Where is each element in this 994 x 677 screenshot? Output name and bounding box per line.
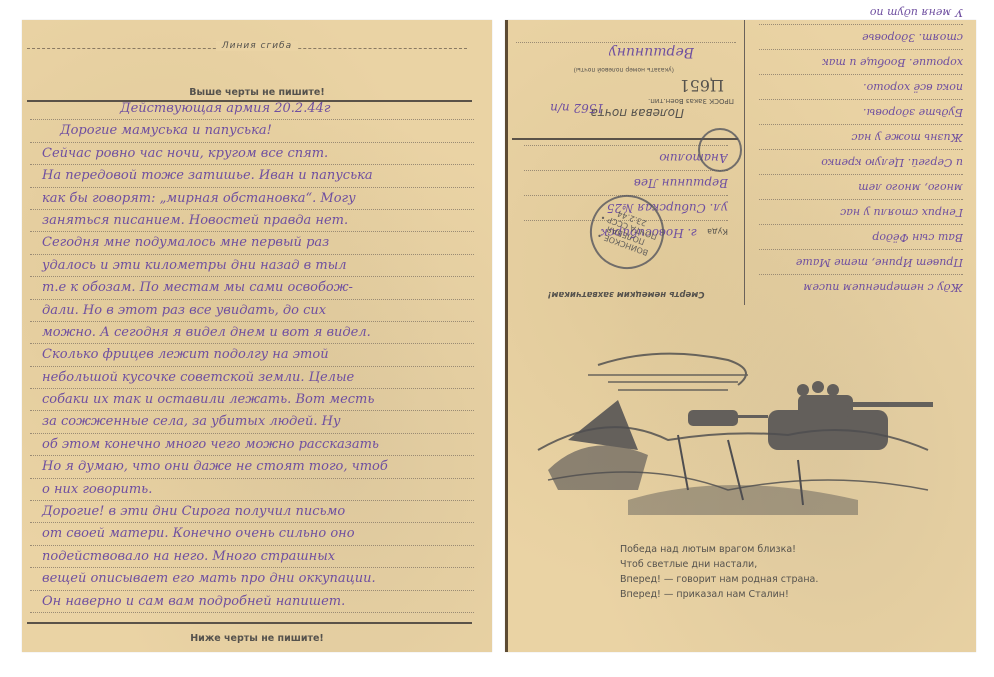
order-number: Ц651 bbox=[680, 76, 725, 95]
message-line: хорошие. Вообще и так bbox=[759, 49, 963, 74]
message-panel: Жду с нетерпением писемПривет Ирине, тет… bbox=[744, 20, 977, 305]
handwritten-line: можно. А сегодня я видел днем и вот я ви… bbox=[30, 322, 474, 344]
handwritten-line: Дорогие мамуська и папуська! bbox=[30, 120, 474, 142]
message-line: Будьте здоровы. bbox=[759, 99, 963, 124]
message-line: много, много лет bbox=[759, 174, 963, 199]
handwritten-line: от своей матери. Конечно очень сильно он… bbox=[30, 523, 474, 545]
tank-battle-illustration bbox=[528, 340, 948, 520]
handwritten-line: о них говорить. bbox=[30, 479, 474, 501]
handwritten-line: собаки их так и оставили лежать. Вот мес… bbox=[30, 389, 474, 411]
handwritten-line: Но я думаю, что они даже не стоят того, … bbox=[30, 456, 474, 478]
handwritten-line: заняться писанием. Новостей правда нет. bbox=[30, 210, 474, 232]
recipient-line: Вершинин Лев bbox=[524, 170, 728, 195]
handwritten-line: об этом конечно много чего можно рассказ… bbox=[30, 434, 474, 456]
recipient-line: Вершинину bbox=[609, 44, 694, 60]
message-line: пока всё хорошо. bbox=[759, 74, 963, 99]
message-line: Жду с нетерпением писем bbox=[759, 274, 963, 299]
propaganda-poem: Победа над лютым врагом близка! Чтоб све… bbox=[620, 542, 818, 602]
handwritten-line: Он наверно и сам вам подробней напишет. bbox=[30, 591, 474, 613]
handwritten-line: Сейчас ровно час ночи, кругом все спят. bbox=[30, 143, 474, 165]
handwritten-line: как бы говорят: „мирная обстановка“. Мог… bbox=[30, 188, 474, 210]
handwritten-line: подействовало на него. Много страшных bbox=[30, 546, 474, 568]
fold-label: Линия сгиба bbox=[216, 41, 298, 51]
printer-mark: ПРОСК Заказ Воен.тип. bbox=[648, 97, 734, 105]
bottom-warning: Ниже черты не пишите! bbox=[22, 633, 492, 644]
letter-page-left: Линия сгиба Выше черты не пишите! Действ… bbox=[22, 20, 492, 652]
handwritten-letter: Действующая армия 20.2.44гДорогие мамусь… bbox=[30, 98, 474, 613]
field-post-header: Полевая почта bbox=[591, 106, 685, 120]
letter-page-right: Смерть немецким захватчикам! Куда г. Нов… bbox=[505, 20, 976, 652]
round-stamp bbox=[698, 128, 742, 172]
message-line: У меня идут по bbox=[759, 0, 963, 24]
handwritten-line: за сожженные села, за убитых людей. Ну bbox=[30, 411, 474, 433]
handwritten-line: Сколько фрицев лежит подолгу на этой bbox=[30, 344, 474, 366]
message-line: Привет Ирине, тете Маше bbox=[759, 249, 963, 274]
handwritten-line: Дорогие! в эти дни Сирога получил письмо bbox=[30, 501, 474, 523]
slogan: Смерть немецким захватчикам! bbox=[514, 289, 738, 299]
handwritten-line: Действующая армия 20.2.44г bbox=[30, 98, 474, 120]
bottom-rule bbox=[27, 622, 472, 624]
to-label: Куда bbox=[707, 227, 728, 236]
message-line: Жизнь тоже у нас bbox=[759, 124, 963, 149]
message-line: Ваш сын Фёдор bbox=[759, 224, 963, 249]
handwritten-line: небольшой кусочке советской земли. Целые bbox=[30, 367, 474, 389]
field-post-number: 1562 п/п bbox=[550, 101, 604, 115]
top-warning: Выше черты не пишите! bbox=[22, 87, 492, 98]
handwritten-line: На передовой тоже затишье. Иван и папусь… bbox=[30, 165, 474, 187]
message-line: стоят. Здоровье bbox=[759, 24, 963, 49]
handwritten-line: вещей описывает его мать про дни оккупац… bbox=[30, 568, 474, 590]
message-line: и Сергей. Целую крепко bbox=[759, 149, 963, 174]
message-line: Генрих стояли у нас bbox=[759, 199, 963, 224]
field-post-caption: (указать номер полевой почты) bbox=[574, 66, 674, 73]
handwritten-line: удалось и эти километры дни назад в тыл bbox=[30, 255, 474, 277]
handwritten-line: Сегодня мне подумалось мне первый раз bbox=[30, 232, 474, 254]
handwritten-line: т.е к обозам. По местам мы сами освобож- bbox=[30, 277, 474, 299]
handwritten-line: дали. Но в этот раз все увидать, до сих bbox=[30, 300, 474, 322]
